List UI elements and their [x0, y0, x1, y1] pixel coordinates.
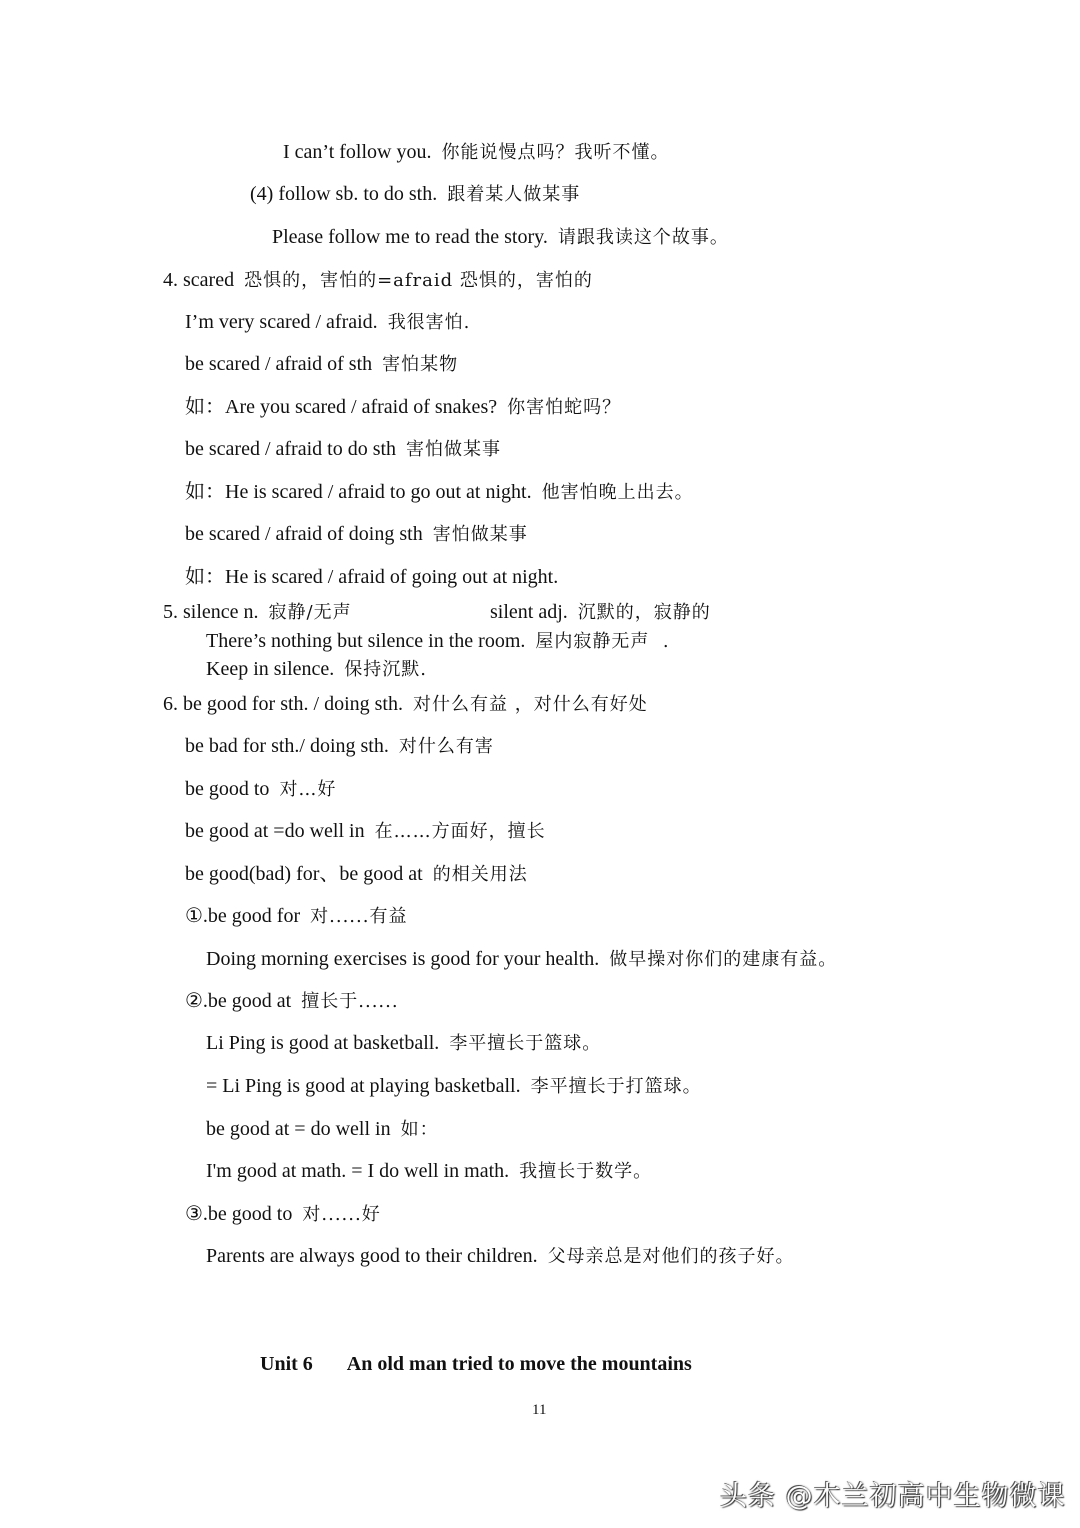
chinese-text: 你害怕蛇吗？ — [507, 397, 621, 418]
english-text: There’s nothing but silence in the room. — [206, 630, 525, 652]
text-line: 4. scared 恐惧的，害怕的=afraid 恐惧的，害怕的 — [163, 268, 593, 293]
english-text: silent adj. — [490, 601, 568, 623]
english-text: be good(bad) for、be good at — [185, 863, 423, 885]
text-line: be bad for sth./ doing sth. 对什么有害 — [185, 734, 494, 759]
chinese-text: 父母亲总是对他们的孩子好。 — [548, 1246, 795, 1267]
watermark: 头条 @木兰初高中生物微课 — [720, 1474, 1066, 1513]
chinese-text: 对什么有害 — [399, 736, 494, 757]
english-text: = Li Ping is good at playing basketball. — [206, 1075, 521, 1097]
english-text: be good to — [185, 778, 269, 800]
english-text: be scared / afraid to do sth — [185, 438, 396, 460]
english-text: 4. scared — [163, 269, 234, 291]
english-text: I’m very scared / afraid. — [185, 311, 378, 333]
text-line: be scared / afraid of sth 害怕某物 — [185, 352, 458, 377]
chinese-text: 你能说慢点吗？我听不懂。 — [442, 142, 670, 163]
text-line: be good to 对…好 — [185, 777, 336, 802]
unit-title: An old man tried to move the mountains — [347, 1353, 692, 1375]
english-text: be good at =do well in — [185, 820, 365, 842]
chinese-text: 李平擅长于篮球。 — [449, 1033, 601, 1054]
chinese-text: 屋内寂静无声 . — [535, 631, 669, 652]
text-line: 6. be good for sth. / doing sth. 对什么有益 ，… — [163, 692, 648, 717]
text-line: Keep in silence. 保持沉默. — [206, 657, 427, 682]
chinese-text: 请跟我读这个故事。 — [558, 227, 729, 248]
chinese-text: 李平擅长于打篮球。 — [531, 1076, 702, 1097]
chinese-text: 对......有益 — [310, 906, 407, 927]
chinese-text: 沉默的，寂静的 — [578, 602, 711, 623]
text-line: be scared / afraid of doing sth 害怕做某事 — [185, 522, 528, 547]
english-text: be good at = do well in — [206, 1118, 391, 1140]
chinese-text: 害怕某物 — [382, 354, 458, 375]
unit-number: Unit 6 — [260, 1353, 313, 1375]
unit-heading: Unit 6An old man tried to move the mount… — [250, 1330, 692, 1376]
text-line: Li Ping is good at basketball. 李平擅长于篮球。 — [206, 1031, 601, 1056]
chinese-text: 做早操对你们的建康有益。 — [609, 949, 837, 970]
text-line: I'm good at math. = I do well in math. 我… — [206, 1159, 652, 1184]
english-text: Li Ping is good at basketball. — [206, 1032, 439, 1054]
english-text: be scared / afraid of sth — [185, 353, 372, 375]
text-line: 5. silence n. 寂静/无声 — [163, 600, 352, 625]
text-line: be good at =do well in 在……方面好，擅长 — [185, 819, 546, 844]
text-line: I’m very scared / afraid. 我很害怕. — [185, 310, 470, 335]
text-line: ②.be good at 擅长于...... — [185, 989, 399, 1014]
text-line: Doing morning exercises is good for your… — [206, 947, 837, 972]
chinese-text: 在……方面好，擅长 — [375, 821, 546, 842]
english-text: I'm good at math. = I do well in math. — [206, 1160, 509, 1182]
chinese-text: 如： — [401, 1119, 439, 1140]
text-line: I can’t follow you. 你能说慢点吗？我听不懂。 — [283, 140, 670, 165]
english-text: be scared / afraid of doing sth — [185, 523, 423, 545]
english-text: 6. be good for sth. / doing sth. — [163, 693, 403, 715]
text-line: (4) follow sb. to do sth. 跟着某人做某事 — [250, 182, 580, 207]
english-text: be bad for sth./ doing sth. — [185, 735, 389, 757]
english-text: 5. silence n. — [163, 601, 259, 623]
english-text: Parents are always good to their childre… — [206, 1245, 538, 1267]
chinese-text: 跟着某人做某事 — [447, 184, 580, 205]
text-line: Parents are always good to their childre… — [206, 1244, 795, 1269]
chinese-text: 我很害怕. — [388, 312, 471, 333]
text-line: = Li Ping is good at playing basketball.… — [206, 1074, 702, 1099]
text-line: silent adj. 沉默的，寂静的 — [490, 600, 711, 625]
text-line: be good(bad) for、be good at 的相关用法 — [185, 862, 528, 887]
text-line: 如：Are you scared / afraid of snakes? 你害怕… — [185, 395, 621, 420]
english-text: 如：He is scared / afraid to go out at nig… — [185, 481, 532, 503]
chinese-text: 我擅长于数学。 — [519, 1161, 652, 1182]
text-line: 如：He is scared / afraid to go out at nig… — [185, 480, 694, 505]
chinese-text: 对…好 — [279, 779, 336, 800]
text-line: 如：He is scared / afraid of going out at … — [185, 565, 558, 589]
text-line: be scared / afraid to do sth 害怕做某事 — [185, 437, 501, 462]
english-text: I can’t follow you. — [283, 141, 432, 163]
english-text: 如：Are you scared / afraid of snakes? — [185, 396, 497, 418]
english-text: Please follow me to read the story. — [272, 226, 548, 248]
english-text: Keep in silence. — [206, 658, 334, 680]
text-line: Please follow me to read the story. 请跟我读… — [272, 225, 729, 250]
chinese-text: 对什么有益 ，对什么有好处 — [413, 694, 648, 715]
chinese-text: 害怕做某事 — [406, 439, 501, 460]
text-line: There’s nothing but silence in the room.… — [206, 629, 670, 654]
text-line: ①.be good for 对......有益 — [185, 904, 407, 929]
english-text: ③.be good to — [185, 1203, 292, 1225]
chinese-text: 害怕做某事 — [433, 524, 528, 545]
english-text: 如：He is scared / afraid of going out at … — [185, 566, 558, 588]
chinese-text: 恐惧的，害怕的=afraid 恐惧的，害怕的 — [244, 270, 593, 291]
chinese-text: 保持沉默. — [344, 659, 427, 680]
page-number: 11 — [532, 1402, 546, 1419]
chinese-text: 的相关用法 — [433, 864, 528, 885]
chinese-text: 寂静/无声 — [269, 602, 352, 623]
english-text: ②.be good at — [185, 990, 291, 1012]
text-line: ③.be good to 对......好 — [185, 1202, 381, 1227]
english-text: (4) follow sb. to do sth. — [250, 183, 437, 205]
chinese-text: 他害怕晚上出去。 — [542, 482, 694, 503]
text-line: be good at = do well in 如： — [206, 1117, 439, 1142]
chinese-text: 对......好 — [302, 1204, 380, 1225]
english-text: Doing morning exercises is good for your… — [206, 948, 599, 970]
chinese-text: 擅长于...... — [301, 991, 398, 1012]
english-text: ①.be good for — [185, 905, 300, 927]
